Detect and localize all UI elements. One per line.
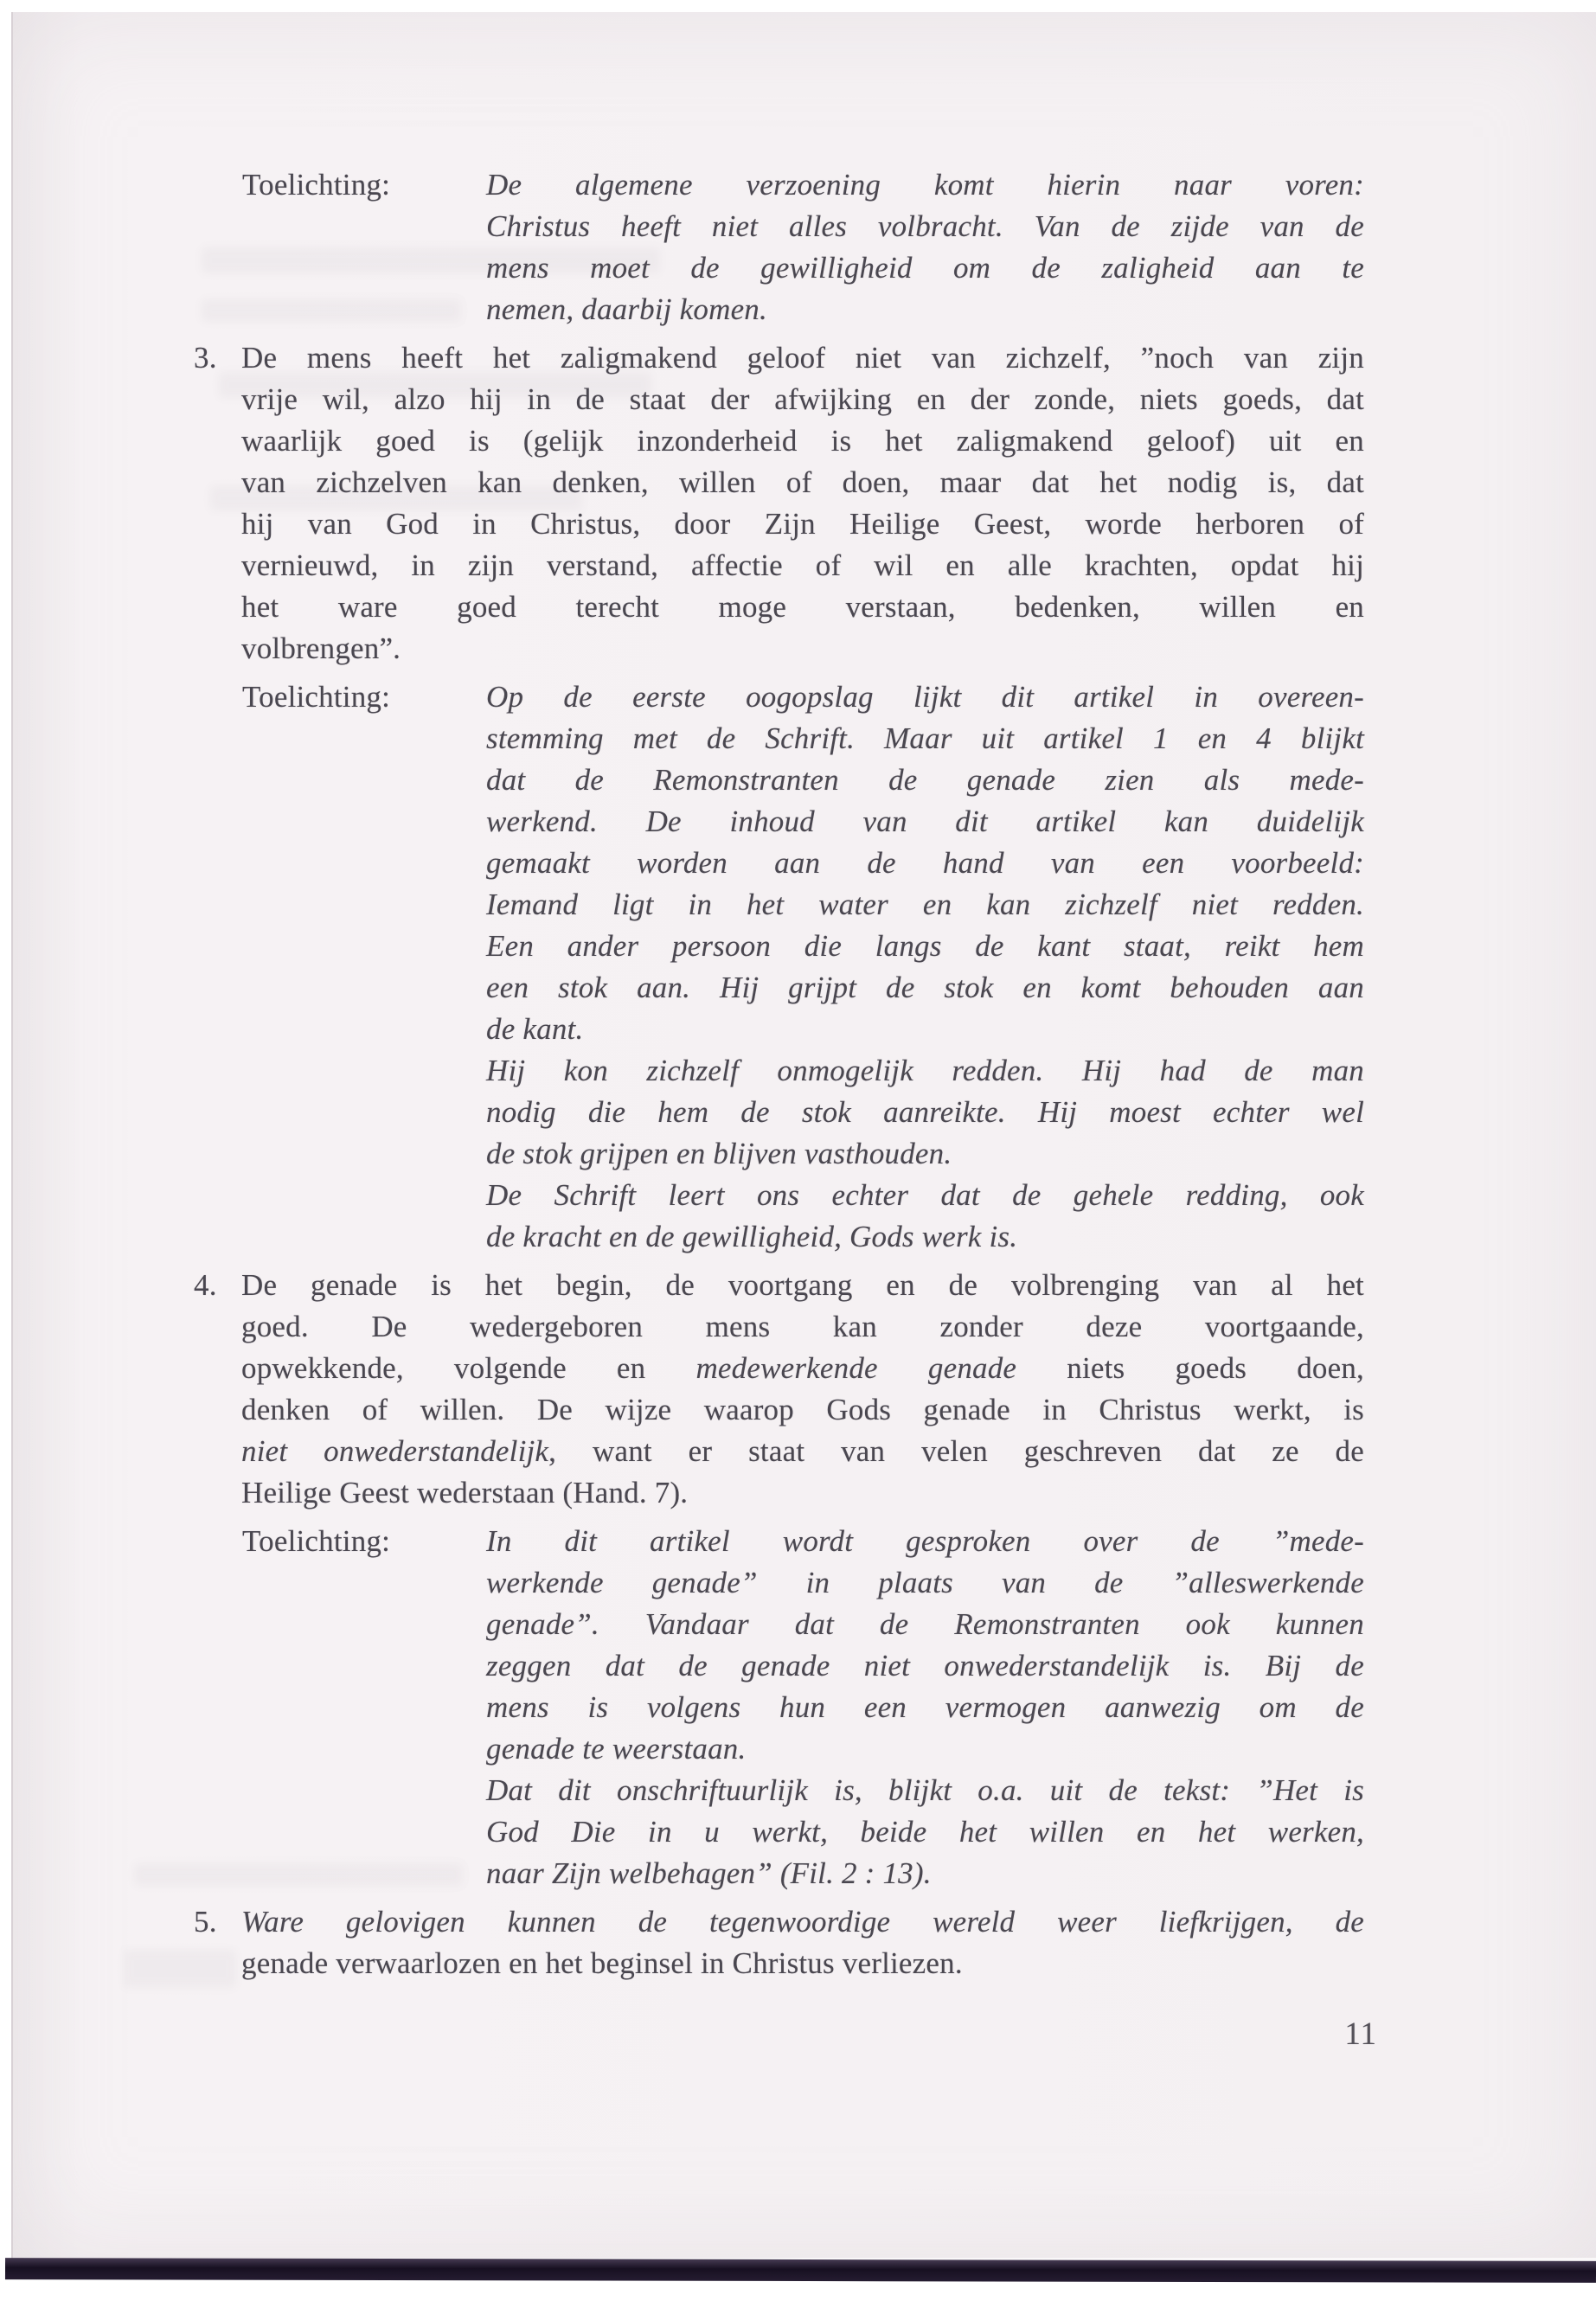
item-text: Ware gelovigen kunnen de tegenwoordige w… xyxy=(241,1901,1364,1984)
text-line: genade”. Vandaar dat de Remonstranten oo… xyxy=(486,1604,1364,1645)
paragraph: Op de eerste oogopslag lijkt dit artikel… xyxy=(486,676,1364,1050)
scanned-page: Toelichting:De algemene verzoening komt … xyxy=(11,12,1596,2261)
text-line: Een ander persoon die langs de kant staa… xyxy=(486,926,1364,967)
italic-text: Ware gelovigen kunnen de tegenwoordige w… xyxy=(241,1905,1364,1939)
text-line: Heilige Geest wederstaan (Hand. 7). xyxy=(241,1472,1364,1514)
text-line: genade te weerstaan. xyxy=(486,1728,1364,1770)
item-text: De genade is het begin, de voortgang en … xyxy=(241,1265,1364,1514)
text-line: goed. De wedergeboren mens kan zonder de… xyxy=(241,1306,1364,1348)
text-line: Dat dit onschriftuurlijk is, blijkt o.a.… xyxy=(486,1770,1364,1811)
text-line: het ware goed terecht moge verstaan, bed… xyxy=(241,586,1364,628)
numbered-item: 4.De genade is het begin, de voortgang e… xyxy=(194,1265,1364,1514)
page-number: 11 xyxy=(1344,2016,1377,2053)
annotation-text: In dit artikel wordt gesproken over de ”… xyxy=(486,1521,1364,1894)
paragraph: Ware gelovigen kunnen de tegenwoordige w… xyxy=(241,1901,1364,1984)
text-line: denken of willen. De wijze waarop Gods g… xyxy=(241,1389,1364,1431)
text-line: hij van God in Christus, door Zijn Heili… xyxy=(241,503,1364,545)
paragraph: In dit artikel wordt gesproken over de ”… xyxy=(486,1521,1364,1770)
text-line: De algemene verzoening komt hierin naar … xyxy=(486,164,1364,206)
annotation-block: Toelichting:De algemene verzoening komt … xyxy=(242,164,1364,330)
paragraph: Hij kon zichzelf onmogelijk redden. Hij … xyxy=(486,1050,1364,1175)
text-line: de kant. xyxy=(486,1009,1364,1050)
text-line: In dit artikel wordt gesproken over de ”… xyxy=(486,1521,1364,1562)
text-line: mens is volgens hun een vermogen aanwezi… xyxy=(486,1687,1364,1728)
text-line: werkende genade” in plaats van de ”alles… xyxy=(486,1562,1364,1604)
item-text: De mens heeft het zaligmakend geloof nie… xyxy=(241,337,1364,670)
text-line: Op de eerste oogopslag lijkt dit artikel… xyxy=(486,676,1364,718)
text-line: de kracht en de gewilligheid, Gods werk … xyxy=(486,1216,1364,1258)
annotation-text: De algemene verzoening komt hierin naar … xyxy=(486,164,1364,330)
text-line: stemming met de Schrift. Maar uit artike… xyxy=(486,718,1364,760)
text-line: Iemand ligt in het water en kan zichzelf… xyxy=(486,884,1364,926)
text-blocks: Toelichting:De algemene verzoening komt … xyxy=(194,164,1364,1984)
item-number: 5. xyxy=(194,1901,241,1984)
annotation-block: Toelichting:Op de eerste oogopslag lijkt… xyxy=(242,676,1364,1258)
text-line: vernieuwd, in zijn verstand, affectie of… xyxy=(241,545,1364,586)
annotation-block: Toelichting:In dit artikel wordt gesprok… xyxy=(242,1521,1364,1894)
text-line: waarlijk goed is (gelijk inzonderheid is… xyxy=(241,420,1364,462)
paragraph: De Schrift leert ons echter dat de gehel… xyxy=(486,1175,1364,1258)
text-line: nodig die hem de stok aanreikte. Hij moe… xyxy=(486,1092,1364,1133)
paragraph: De algemene verzoening komt hierin naar … xyxy=(486,164,1364,330)
text-line: nemen, daarbij komen. xyxy=(486,289,1364,330)
item-number: 3. xyxy=(194,337,241,670)
text-line: God Die in u werkt, beide het willen en … xyxy=(486,1811,1364,1853)
text-line: opwekkende, volgende en medewerkende gen… xyxy=(241,1348,1364,1389)
text-line: dat de Remonstranten de genade zien als … xyxy=(486,760,1364,801)
numbered-item: 3.De mens heeft het zaligmakend geloof n… xyxy=(194,337,1364,670)
annotation-label: Toelichting: xyxy=(242,164,486,330)
text-line: naar Zijn welbehagen” (Fil. 2 : 13). xyxy=(486,1853,1364,1894)
paragraph: Dat dit onschriftuurlijk is, blijkt o.a.… xyxy=(486,1770,1364,1894)
item-number: 4. xyxy=(194,1265,241,1514)
text-line: De genade is het begin, de voortgang en … xyxy=(241,1265,1364,1306)
text-line: een stok aan. Hij grijpt de stok en komt… xyxy=(486,967,1364,1009)
paragraph: De mens heeft het zaligmakend geloof nie… xyxy=(241,337,1364,670)
text-line: Christus heeft niet alles volbracht. Van… xyxy=(486,206,1364,247)
page-bottom-edge xyxy=(5,2258,1596,2283)
italic-text: medewerkende genade xyxy=(695,1351,1016,1385)
annotation-text: Op de eerste oogopslag lijkt dit artikel… xyxy=(486,676,1364,1258)
italic-text: niet onwederstandelijk xyxy=(241,1434,548,1468)
text-line: Ware gelovigen kunnen de tegenwoordige w… xyxy=(241,1901,1364,1943)
text-line: zeggen dat de genade niet onwederstandel… xyxy=(486,1645,1364,1687)
text-line: Hij kon zichzelf onmogelijk redden. Hij … xyxy=(486,1050,1364,1092)
annotation-label: Toelichting: xyxy=(242,676,486,1258)
text-line: van zichzelven kan denken, willen of doe… xyxy=(241,462,1364,503)
text-line: De Schrift leert ons echter dat de gehel… xyxy=(486,1175,1364,1216)
paragraph: De genade is het begin, de voortgang en … xyxy=(241,1265,1364,1514)
annotation-label: Toelichting: xyxy=(242,1521,486,1894)
text-line: genade verwaarlozen en het beginsel in C… xyxy=(241,1943,1364,1984)
text-line: gemaakt worden aan de hand van een voorb… xyxy=(486,843,1364,884)
text-line: werkend. De inhoud van dit artikel kan d… xyxy=(486,801,1364,843)
text-line: volbrengen”. xyxy=(241,628,1364,670)
text-line: De mens heeft het zaligmakend geloof nie… xyxy=(241,337,1364,379)
text-line: de stok grijpen en blijven vasthouden. xyxy=(486,1133,1364,1175)
text-line: vrije wil, alzo hij in de staat der afwi… xyxy=(241,379,1364,420)
numbered-item: 5.Ware gelovigen kunnen de tegenwoordige… xyxy=(194,1901,1364,1984)
text-line: mens moet de gewilligheid om de zalighei… xyxy=(486,247,1364,289)
text-line: niet onwederstandelijk, want er staat va… xyxy=(241,1431,1364,1472)
